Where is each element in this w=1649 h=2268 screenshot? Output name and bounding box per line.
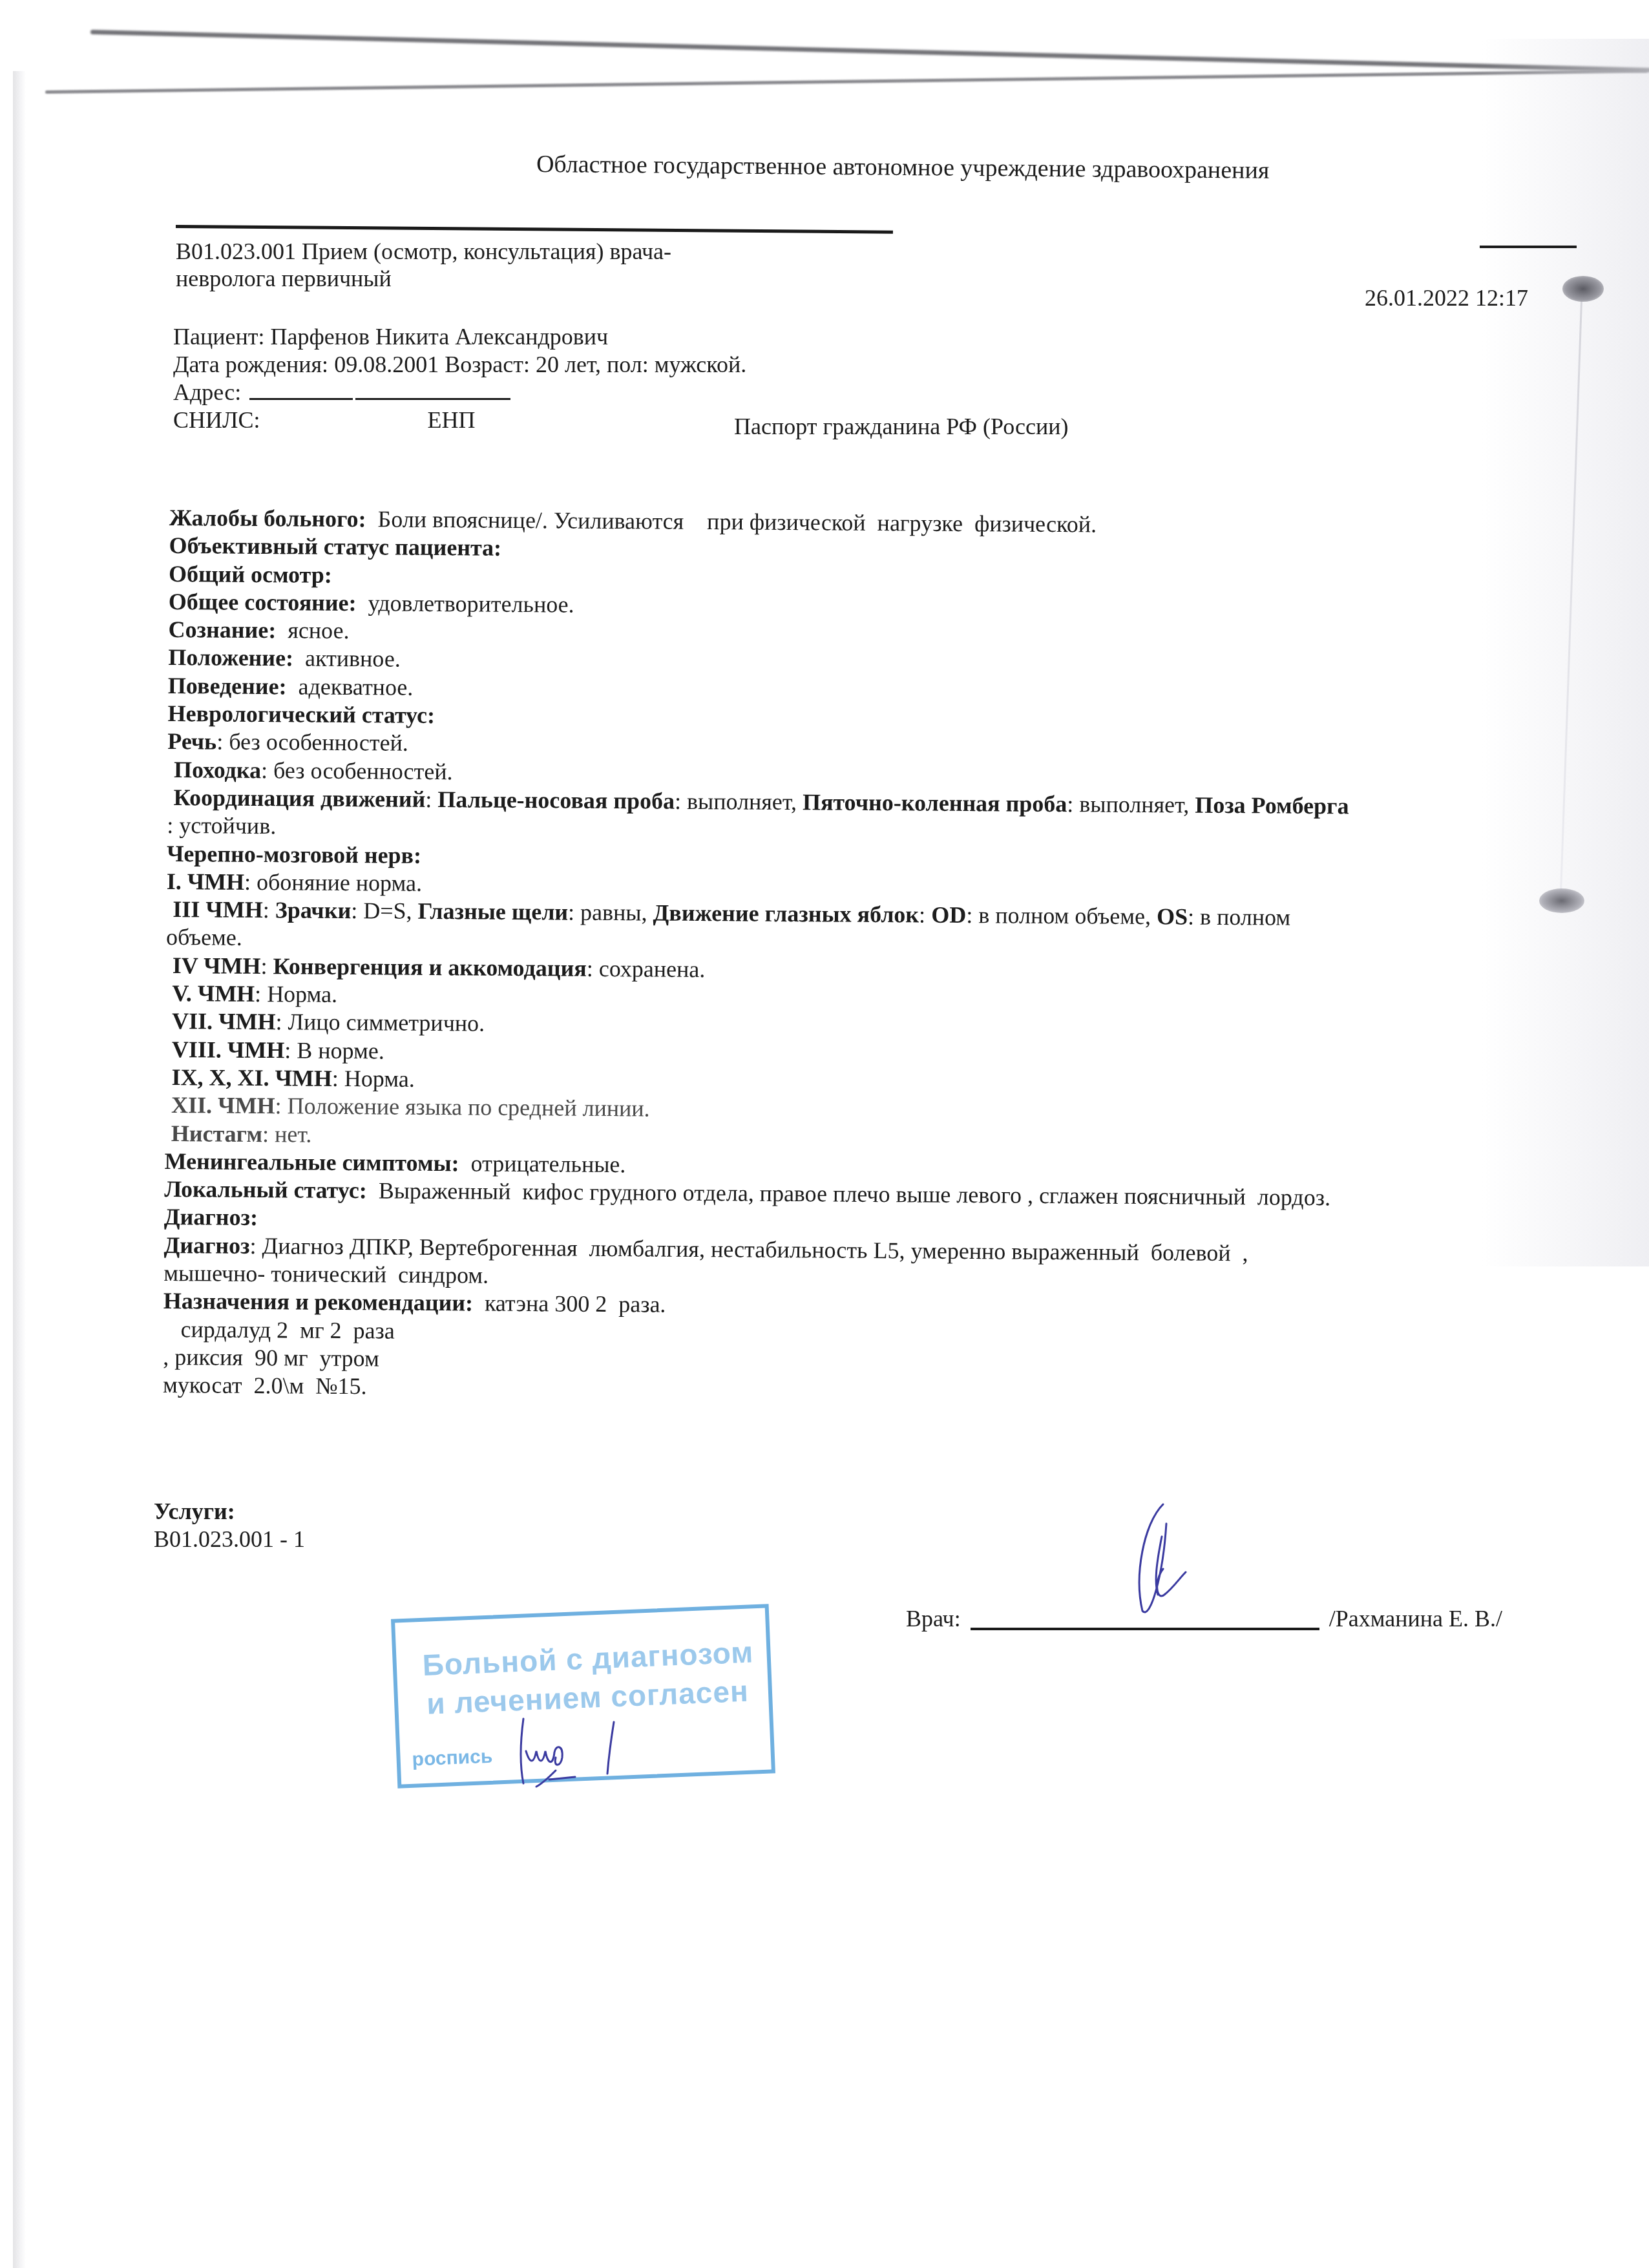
age-label: Возраст:: [445, 352, 530, 377]
heel-knee-label: Пяточно-коленная проба: [803, 789, 1067, 817]
fissures-label: Глазные щели: [417, 898, 568, 925]
address-blank: [249, 398, 353, 400]
cn8-label: VIII. ЧМН: [172, 1036, 285, 1063]
service-item: B01.023.001 - 1: [154, 1526, 305, 1553]
general-condition-label: Общее состояние:: [169, 589, 357, 616]
organization-title: Областное государственное автономное учр…: [536, 150, 1270, 185]
od-value: : в полном объеме,: [966, 902, 1157, 929]
convergence-label: Конвергенция и аккомодация: [273, 953, 587, 982]
dob-value: 09.08.2001: [334, 352, 439, 377]
snils-label: СНИЛС:: [173, 407, 260, 433]
service-title-line: невролога первичный: [176, 265, 822, 292]
pupils-value: : D=S,: [351, 898, 418, 924]
scan-edge-line: [90, 30, 1649, 72]
cn1-label: I. ЧМН: [167, 868, 245, 895]
speech-label: Речь: [167, 728, 216, 755]
prescription-item: катэна 300 2 раза.: [473, 1290, 666, 1318]
cn5-label: V. ЧМН: [172, 980, 255, 1007]
signature-line: [971, 1628, 1319, 1630]
cn7-label: VII. ЧМН: [172, 1008, 276, 1034]
address-label: Адрес:: [173, 379, 241, 405]
services-section: Услуги: B01.023.001 - 1: [154, 1498, 305, 1553]
finger-nose-label: Пальце-носовая проба: [437, 786, 675, 814]
cn9-11-label: IX, X, XI. ЧМН: [171, 1064, 332, 1091]
complaints-value: Боли впояснице/. Усиливаются при физичес…: [366, 506, 1097, 537]
cn8-value: : В норме.: [284, 1037, 384, 1064]
local-status-label: Локальный статус:: [164, 1176, 367, 1203]
diagnosis-label: Диагноз: [163, 1232, 249, 1259]
heel-knee-value: : выполняет,: [1067, 791, 1195, 817]
cn1-value: : обоняние норма.: [244, 869, 422, 896]
patient-name: Парфенов Никита Александрович: [271, 324, 609, 350]
behavior-label: Поведение:: [168, 673, 287, 699]
cn9-11-value: : Норма.: [332, 1066, 415, 1092]
fissures-value: : равны,: [568, 899, 653, 926]
scan-edge-line: [45, 70, 1648, 94]
behavior-value: адекватное.: [286, 673, 413, 700]
header-rule: [1480, 246, 1577, 248]
stamp-sign-label: роспись: [412, 1746, 493, 1771]
visit-datetime: 26.01.2022 12:17: [1365, 284, 1528, 311]
enp-label: ЕНП: [427, 407, 475, 433]
speech-value: : без особенностей.: [216, 729, 408, 756]
patient-dob-row: Дата рождения: 09.08.2001 Возраст: 20 ле…: [173, 351, 1207, 379]
scan-left-edge: [13, 71, 26, 2268]
coordination-label: Координация движений: [174, 784, 426, 812]
meningeal-label: Менингеальные симптомы:: [164, 1148, 459, 1176]
cn12-label: XII. ЧМН: [171, 1092, 275, 1118]
local-status-value: Выраженный кифос грудного отдела, правое…: [367, 1177, 1331, 1210]
os-value: : в полном: [1188, 904, 1290, 930]
services-label: Услуги:: [154, 1498, 305, 1526]
pupils-label: Зрачки: [275, 897, 352, 923]
patient-name-label: Пациент:: [173, 324, 265, 350]
sex-value: мужской.: [655, 352, 746, 377]
service-title: B01.023.001 Прием (осмотр, консультация)…: [176, 238, 822, 292]
os-label: OS: [1157, 903, 1188, 929]
identity-document: Паспорт гражданина РФ (России): [734, 413, 1069, 441]
patient-ids-row: СНИЛС: ЕНП Паспорт гражданина РФ (России…: [173, 406, 1207, 434]
cn5-value: : Норма.: [255, 981, 337, 1007]
patient-signature: [517, 1712, 646, 1790]
sex-label: пол:: [607, 352, 649, 377]
position-label: Положение:: [168, 644, 293, 671]
patient-address-row: Адрес:: [173, 379, 1207, 406]
cn7-value: : Лицо симметрично.: [275, 1009, 485, 1036]
nystagmus-value: : нет.: [262, 1121, 312, 1148]
gait-label: Походка: [174, 757, 261, 783]
cn4-label: IV ЧМН: [173, 952, 261, 979]
doctor-signature-row: Врач: /Рахманина Е. В./: [906, 1605, 1502, 1632]
romberg-label: Поза Ромберга: [1195, 792, 1349, 819]
position-value: активное.: [293, 646, 401, 672]
dob-label: Дата рождения:: [173, 352, 328, 377]
nystagmus-label: Нистагм: [171, 1120, 263, 1147]
staple-mark: [1562, 276, 1604, 302]
prescriptions-label: Назначения и рекомендации:: [163, 1288, 473, 1316]
od-label: OD: [931, 902, 966, 928]
patient-name-row: Пациент: Парфенов Никита Александрович: [173, 323, 1207, 351]
cn12-value: : Положение языка по средней линии.: [275, 1093, 649, 1121]
consciousness-value: ясное.: [276, 617, 350, 644]
general-condition-value: удовлетворительное.: [357, 590, 574, 617]
address-blank: [355, 398, 510, 400]
consciousness-label: Сознание:: [168, 616, 276, 643]
meningeal-value: отрицательные.: [459, 1150, 625, 1177]
age-value: 20 лет,: [536, 352, 601, 377]
patient-info: Пациент: Парфенов Никита Александрович Д…: [173, 323, 1207, 434]
cn4-value: : сохранена.: [587, 956, 706, 982]
doctor-label: Врач:: [906, 1606, 961, 1632]
exam-body: Жалобы больного: Боли впояснице/. Усилив…: [163, 504, 1591, 1410]
header-rule: [176, 225, 893, 234]
service-title-line: B01.023.001 Прием (осмотр, консультация)…: [176, 238, 822, 265]
eye-movement-label: Движение глазных яблок: [653, 900, 919, 928]
cn3-label: III ЧМН: [173, 896, 263, 923]
complaints-label: Жалобы больного:: [169, 505, 366, 532]
gait-value: : без особенностей.: [261, 757, 453, 784]
doctor-name: /Рахманина Е. В./: [1329, 1606, 1502, 1632]
finger-nose-value: : выполняет,: [675, 788, 803, 815]
